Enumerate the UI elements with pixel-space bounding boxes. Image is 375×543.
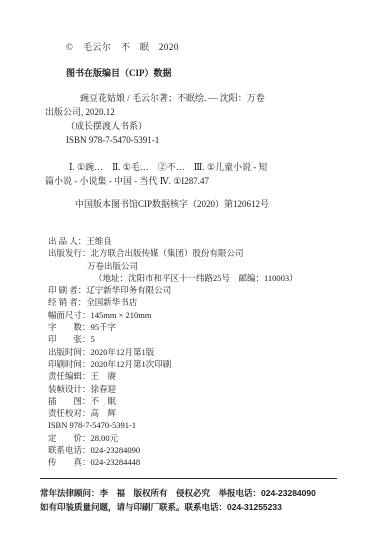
colophon-value: 王维良 xyxy=(86,236,112,246)
colophon-label: 印刷时间： xyxy=(48,359,91,369)
colophon-label: 印 刷 者： xyxy=(48,285,86,295)
colophon-label: 经 销 者： xyxy=(48,297,86,307)
cip-section: © 毛云尔 不 眠 2020 图书在版编目（CIP）数据 豌豆花姑娘 / 毛云尔… xyxy=(0,0,375,211)
classification-line-1: Ⅰ. ①豌… Ⅱ. ①毛… ②不… Ⅲ. ①儿童小说 - 短 xyxy=(45,160,347,174)
colophon-label: 出版发行： xyxy=(48,248,91,258)
colophon-section: 出 品 人：王维良 出版发行：北方联合出版传媒（集团）股份有限公司 万卷出版公司… xyxy=(0,211,375,469)
isbn-line: ISBN 978-7-5470-5391-1 xyxy=(45,133,347,147)
colophon-row-address: （地址：沈阳市和平区十一纬路25号 邮编：110003） xyxy=(48,272,347,284)
legal-footer-line-1: 常年法律顾问：李 福 版权所有 侵权必究 举报电话：024-23284090 xyxy=(40,486,359,501)
colophon-row-publisher: 万卷出版公司 xyxy=(48,260,347,272)
colophon-row-word-count: 字 数：95千字 xyxy=(48,321,347,333)
colophon-row-proofreader: 责任校对：高 辉 xyxy=(48,407,347,419)
colophon-value: 2020年12月第1版 xyxy=(91,347,155,357)
colophon-row-isbn: ISBN 978-7-5470-5391-1 xyxy=(48,419,347,431)
colophon-value: ISBN 978-7-5470-5391-1 xyxy=(48,420,136,430)
colophon-value: 万卷出版公司 xyxy=(87,261,138,271)
colophon-row-sheets: 印 张：5 xyxy=(48,333,347,345)
colophon-label: 传 真： xyxy=(48,457,91,467)
colophon-row-distributor: 经 销 者：全国新华书店 xyxy=(48,296,347,308)
colophon-value: 95千字 xyxy=(91,322,117,332)
legal-footer: 常年法律顾问：李 福 版权所有 侵权必究 举报电话：024-23284090 如… xyxy=(0,479,375,515)
colophon-value: 王 赓 xyxy=(91,371,117,381)
colophon-label: 责任校对： xyxy=(48,408,91,418)
colophon-value: 024-23284090 xyxy=(91,445,141,455)
colophon-value: 全国新华书店 xyxy=(86,297,137,307)
colophon-value: 024-23284448 xyxy=(91,457,141,467)
colophon-value: 28.00元 xyxy=(91,433,119,443)
colophon-row-fax: 传 真：024-23284448 xyxy=(48,456,347,468)
colophon-label: 装帧设计： xyxy=(48,384,91,394)
colophon-value: 高 辉 xyxy=(91,408,117,418)
colophon-value: 145mm × 210mm xyxy=(91,310,152,320)
colophon-value: 辽宁新华印务有限公司 xyxy=(86,285,171,295)
colophon-row-illustrator: 插 图：不 眠 xyxy=(48,395,347,407)
series-note: （成长摆渡人书系） xyxy=(45,119,347,133)
colophon-row-publisher-person: 出 品 人：王维良 xyxy=(48,235,347,247)
colophon-label: 印 张： xyxy=(48,334,91,344)
colophon-label: 责任编辑： xyxy=(48,371,91,381)
colophon-value: 北方联合出版传媒（集团）股份有限公司 xyxy=(91,248,244,258)
cip-entry-line-2: 出版公司, 2020.12 xyxy=(45,105,347,119)
colophon-value: 不 眠 xyxy=(91,396,117,406)
cip-heading: 图书在版编目（CIP）数据 xyxy=(45,66,347,80)
cip-record-number: 中国版本图书馆CIP数据核字（2020）第120612号 xyxy=(45,197,347,211)
colophon-label: 字 数： xyxy=(48,322,91,332)
colophon-value: 徐春迎 xyxy=(91,384,117,394)
colophon-value: （地址：沈阳市和平区十一纬路25号 邮编：110003） xyxy=(94,273,298,283)
colophon-row-printing-date: 印刷时间：2020年12月第1次印刷 xyxy=(48,358,347,370)
colophon-row-publishing-group: 出版发行：北方联合出版传媒（集团）股份有限公司 xyxy=(48,247,347,259)
copyright-notice: © 毛云尔 不 眠 2020 xyxy=(45,40,347,54)
colophon-row-dimensions: 幅面尺寸：145mm × 210mm xyxy=(48,309,347,321)
colophon-row-phone: 联系电话：024-23284090 xyxy=(48,444,347,456)
colophon-row-publication-date: 出版时间：2020年12月第1版 xyxy=(48,346,347,358)
colophon-label: 定 价： xyxy=(48,433,91,443)
cip-entry-line-1: 豌豆花姑娘 / 毛云尔著；不眠绘. — 沈阳：万卷 xyxy=(45,91,347,105)
colophon-row-editor: 责任编辑：王 赓 xyxy=(48,370,347,382)
colophon-value: 5 xyxy=(91,334,95,344)
colophon-label: 出版时间： xyxy=(48,347,91,357)
colophon-label: 联系电话： xyxy=(48,445,91,455)
book-copyright-page: © 毛云尔 不 眠 2020 图书在版编目（CIP）数据 豌豆花姑娘 / 毛云尔… xyxy=(0,0,375,543)
classification-line-2: 篇小说 - 小说集 - 中国 - 当代 Ⅳ. ①I287.47 xyxy=(45,174,347,188)
colophon-label: 插 图： xyxy=(48,396,91,406)
colophon-label: 幅面尺寸： xyxy=(48,310,91,320)
colophon-value: 2020年12月第1次印刷 xyxy=(91,359,172,369)
colophon-label: 出 品 人： xyxy=(48,236,86,246)
legal-footer-line-2: 如有印装质量问题，请与印刷厂联系。联系电话：024-31255233 xyxy=(40,500,359,515)
colophon-row-price: 定 价：28.00元 xyxy=(48,432,347,444)
colophon-row-printer: 印 刷 者：辽宁新华印务有限公司 xyxy=(48,284,347,296)
colophon-row-designer: 装帧设计：徐春迎 xyxy=(48,383,347,395)
